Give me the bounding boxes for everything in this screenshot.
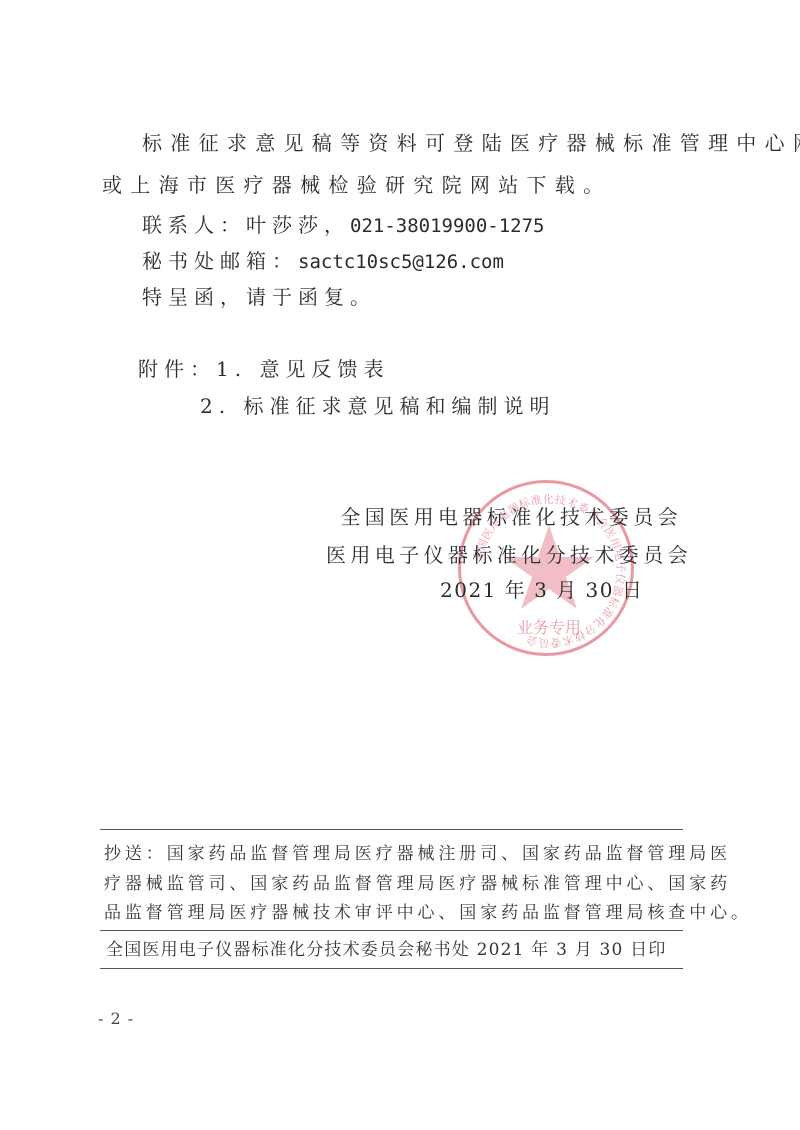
email-address: sactc10sc5@126.com [298,251,504,273]
footer-rule-bottom [100,968,683,969]
contact-line: 联系人：叶莎莎，021-38019900-1275 [142,213,544,238]
signature-org-1: 全国医用电器标准化技术委员会 [340,505,682,529]
document-page: 标准征求意见稿等资料可登陆医疗器械标准管理中心网站 或上海市医疗器械检验研究院网… [0,0,800,1130]
closing-line: 特呈函，请于函复。 [142,285,376,309]
seal-center-text: 业务专用 [517,618,581,637]
page-number: - 2 - [98,1009,134,1028]
cc-line-3: 品监督管理局医疗器械技术审评中心、国家药品监督管理局核查中心。 [104,903,752,923]
attachments-line-1: 附件：1. 意见反馈表 [138,357,389,381]
footer-rule-top [100,829,683,830]
footer-rule-middle [100,930,683,931]
body-paragraph-line-1: 标准征求意见稿等资料可登陆医疗器械标准管理中心网站 [142,131,800,155]
email-line: 秘书处邮箱：sactc10sc5@126.com [142,249,504,274]
signature-date: 2021 年 3 月 30 日 [440,578,643,602]
attachments-label: 附件： [138,357,216,381]
body-paragraph-line-2: 或上海市医疗器械检验研究院网站下载。 [102,173,611,197]
cc-line-1: 抄送：国家药品监督管理局医疗器械注册司、国家药品监督管理局医 [104,844,731,864]
printed-by-line: 全国医用电子仪器标准化分技术委员会秘书处 2021 年 3 月 30 日印 [106,940,667,960]
attachment-item-1: 1. 意见反馈表 [216,357,389,381]
cc-line-2: 疗器械监管司、国家药品监督管理局医疗器械标准管理中心、国家药 [104,874,731,894]
email-label: 秘书处邮箱： [142,249,298,273]
contact-label: 联系人：叶莎莎， [142,213,350,237]
attachment-item-2: 2. 标准征求意见稿和编制说明 [200,394,555,418]
signature-org-2: 医用电子仪器标准化分技术委员会 [326,543,692,567]
contact-phone: 021-38019900-1275 [350,215,544,237]
